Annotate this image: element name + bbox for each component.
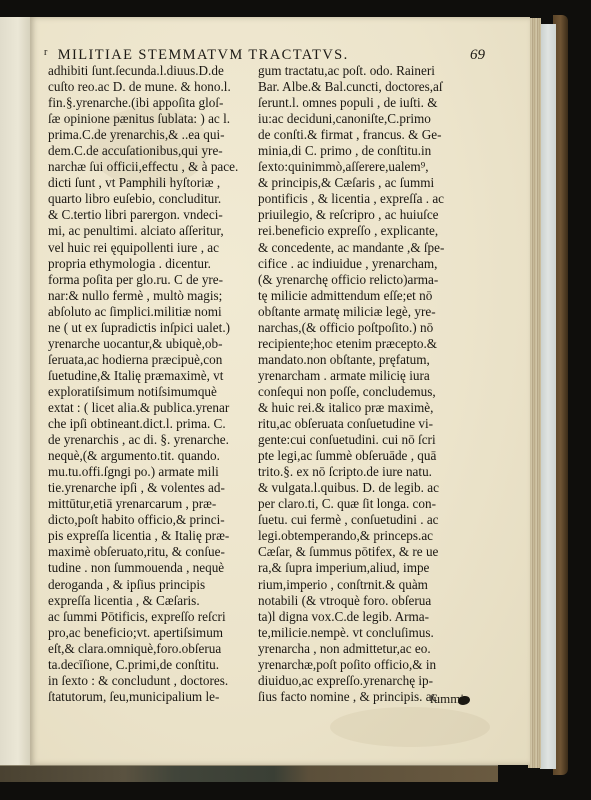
text-line: ne ( ut ex ſupradictis inſpici ualet.) bbox=[48, 320, 256, 336]
text-line: trito.§. ex nō ſcripto.de iure natu. bbox=[258, 464, 498, 480]
text-line: Bar. Albe.& Bal.cuncti, doctores,aſ bbox=[258, 79, 498, 95]
text-line: ſeruata,ac hodierna præcipuè,con bbox=[48, 352, 256, 368]
text-line: vel huic rei ęquipollenti iure , ac bbox=[48, 240, 256, 256]
text-line: mandato.non obſtante, pręfatum, bbox=[258, 352, 498, 368]
text-line: cifice . ac indiuidue , yrenarcham, bbox=[258, 256, 498, 272]
text-line: gum tractatu,ac poſt. odo. Raineri bbox=[258, 63, 498, 79]
text-line: narchas,(& officio poſtpoſito.) nō bbox=[258, 320, 498, 336]
text-line: ſuetu. cui fermè , conſuetudini . ac bbox=[258, 512, 498, 528]
text-line: cuſto reo.ac D. de mune. & hono.l. bbox=[48, 79, 256, 95]
text-line: iu:ac deciduni,canoniſte,C.primo bbox=[258, 111, 498, 127]
book-page: r MILITIAE STEMMATVM TRACTATVS. 69 adhib… bbox=[30, 17, 530, 765]
text-column-right: gum tractatu,ac poſt. odo. RaineriBar. A… bbox=[258, 63, 498, 705]
text-line: pte legi,ac ſummè obſeruāde , quā bbox=[258, 448, 498, 464]
text-line: nar:& nullo fermè , multò magis; bbox=[48, 288, 256, 304]
text-line: & vulgata.l.quibus. D. de legib. ac bbox=[258, 480, 498, 496]
text-line: te,milicie.nempè. vt concluſimus. bbox=[258, 625, 498, 641]
paper-stain bbox=[330, 707, 490, 747]
text-line: pis expreſſa licentia , & Italię præ- bbox=[48, 528, 256, 544]
page-number: 69 bbox=[470, 47, 485, 64]
text-line: & C.tertio libri parergon. vndeci- bbox=[48, 207, 256, 223]
text-line: tie.yrenarche ipſi , & volentes ad- bbox=[48, 480, 256, 496]
text-line: tudine . non ſummouenda , nequè bbox=[48, 560, 256, 576]
text-line: mu.tu.offi.ſgngi po.) armate mili bbox=[48, 464, 256, 480]
text-line: mittūtur,etiā yrenarcarum , præ- bbox=[48, 496, 256, 512]
text-line: obſtante armatę miliciæ legè, yre- bbox=[258, 304, 498, 320]
text-line: narchæ ſui officii,effectu , & à pace. bbox=[48, 159, 256, 175]
text-line: (& yrenarchę officio relicto)arma- bbox=[258, 272, 498, 288]
text-line: eſt,& clara.omniquè,foro.obſerua bbox=[48, 641, 256, 657]
text-line: Cæſar, & ſummus pōtifex, & re ue bbox=[258, 544, 498, 560]
text-line: & huic rei.& italico præ maximè, bbox=[258, 400, 498, 416]
text-line: ſexto:quinimmò,aſſerere,ualem⁹, bbox=[258, 159, 498, 175]
text-line: priuilegio, & reſcripro , ac huiuſce bbox=[258, 207, 498, 223]
text-line: rei.beneficio expreſſo , explicante, bbox=[258, 223, 498, 239]
text-column-left: adhibiti ſunt.ſecunda.l.diuus.D.decuſto … bbox=[48, 63, 256, 705]
text-line: yrenarcha , non admittetur,ac eo. bbox=[258, 641, 498, 657]
text-line: tę milicie admittendum eſſe;et nō bbox=[258, 288, 498, 304]
text-line: dem.C.de accuſationibus,qui yre- bbox=[48, 143, 256, 159]
text-line: & principis,& Cæſaris , ac ſummi bbox=[258, 175, 498, 191]
text-line: notabili (& vtroquè foro. obſerua bbox=[258, 593, 498, 609]
text-line: ra,& ſupra imperium,aliud, impe bbox=[258, 560, 498, 576]
text-line: pro,ac beneficio;vt. apertiſsimum bbox=[48, 625, 256, 641]
text-line: maximè obſeruato,ritu, & conſue- bbox=[48, 544, 256, 560]
text-line: ritu,ac obſeruata conſuetudine vi- bbox=[258, 416, 498, 432]
facing-page-edge bbox=[0, 17, 31, 765]
text-line: expreſſa licentia , & Cæſaris. bbox=[48, 593, 256, 609]
text-line: dicti ſunt , vt Pamphili hyſtoriæ , bbox=[48, 175, 256, 191]
text-line: diuiduo,ac expreſſo.yrenarchę ip- bbox=[258, 673, 498, 689]
book-cover-board-bottom bbox=[0, 765, 498, 782]
ink-blot bbox=[458, 696, 470, 705]
text-line: mi, ac penultimi. alciato aſſeritur, bbox=[48, 223, 256, 239]
text-line: yrenarche uocantur,& ubiquè,ob- bbox=[48, 336, 256, 352]
text-line: legi.obtemperando,& princeps.ac bbox=[258, 528, 498, 544]
text-line: ſerunt.l. omnes populi , de iuſti. & bbox=[258, 95, 498, 111]
endpaper bbox=[540, 24, 556, 769]
text-line: recipiente;hoc etenim præcepto.& bbox=[258, 336, 498, 352]
text-line: de conſti.& firmat , francus. & Ge- bbox=[258, 127, 498, 143]
scan-background: r MILITIAE STEMMATVM TRACTATVS. 69 adhib… bbox=[0, 0, 591, 800]
text-line: gente:cui conſuetudini. cui nō ſcri bbox=[258, 432, 498, 448]
text-line: yrenarcham . armate milicię iura bbox=[258, 368, 498, 384]
text-line: exploratiſsimum notiſsimumquè bbox=[48, 384, 256, 400]
printer-mark: r bbox=[44, 47, 49, 58]
text-line: de yrenarchis , ac di. §. yrenarche. bbox=[48, 432, 256, 448]
text-line: ſtatutorum, ſeu,municipalium le- bbox=[48, 689, 256, 705]
text-line: prima.C.de yrenarchis,& ..ea qui- bbox=[48, 127, 256, 143]
text-line: adhibiti ſunt.ſecunda.l.diuus.D.de bbox=[48, 63, 256, 79]
text-line: deroganda , & ipſius principis bbox=[48, 577, 256, 593]
text-line: dicto,poſt habito officio,& princi- bbox=[48, 512, 256, 528]
text-line: per claro.ti, C. quæ ſit longa. con- bbox=[258, 496, 498, 512]
text-line: abſoluto ac ſimplici.militiæ nomi bbox=[48, 304, 256, 320]
text-line: quarto libro euſebio, concluditur. bbox=[48, 191, 256, 207]
text-line: ac ſummi Pōtificis, expreſſo reſcri bbox=[48, 609, 256, 625]
text-line: ta)l digna vox.C.de legib. Arma- bbox=[258, 609, 498, 625]
text-line: nequè,(& argumento.tit. quando. bbox=[48, 448, 256, 464]
text-line: che ipſi obtineant.dict.l. prima. C. bbox=[48, 416, 256, 432]
text-line: conſequi non poſſe, concludemus, bbox=[258, 384, 498, 400]
running-title: MILITIAE STEMMATVM TRACTATVS. bbox=[58, 47, 349, 63]
text-line: in ſexto : & concludunt , doctores. bbox=[48, 673, 256, 689]
text-line: forma poſita per glo.ru. C de yre- bbox=[48, 272, 256, 288]
text-line: ſæ opinione pænitus ſublata: ) ac l. bbox=[48, 111, 256, 127]
text-line: & concedente, ac mandante ,& ſpe- bbox=[258, 240, 498, 256]
text-line: ſuetudine,& Italię præmaximè, vt bbox=[48, 368, 256, 384]
text-line: extat : ( licet alia.& publica.yrenar bbox=[48, 400, 256, 416]
text-line: fin.§.yrenarche.(ibi appoſita gloſ- bbox=[48, 95, 256, 111]
text-line: minia,di C. primo , de conſtitu.in bbox=[258, 143, 498, 159]
text-line: yrenarchæ,poſt poſito officio,& in bbox=[258, 657, 498, 673]
text-line: rium,imperio , conſtrnit.& quàm bbox=[258, 577, 498, 593]
catchword: ſummi bbox=[430, 691, 470, 707]
text-line: pontificis , & licentia , expreſſa . ac bbox=[258, 191, 498, 207]
text-line: ta.decīſione, C.primi,de conſtitu. bbox=[48, 657, 256, 673]
text-line: propria ethymologia . dicentur. bbox=[48, 256, 256, 272]
